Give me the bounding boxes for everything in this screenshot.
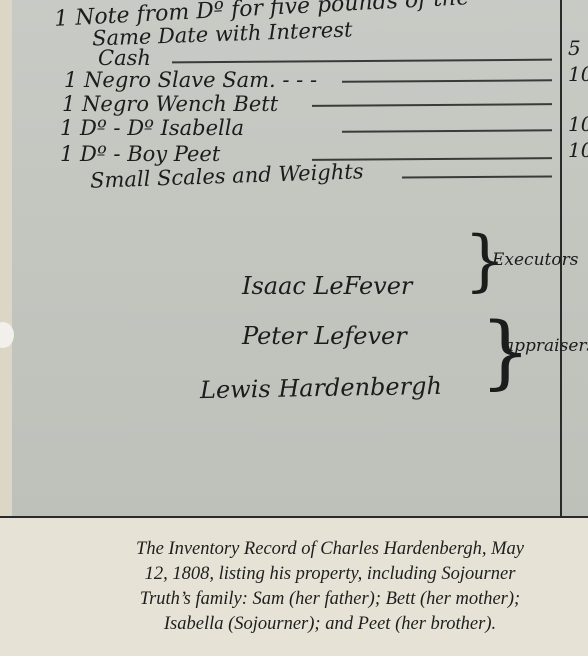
ledger-dash-line [342, 79, 552, 82]
figure-caption: The Inventory Record of Charles Hardenbe… [80, 537, 580, 637]
caption-line: Isabella (Sojourner); and Peet (her brot… [80, 612, 580, 637]
ledger-dash-line [172, 59, 552, 63]
caption-line: The Inventory Record of Charles Hardenbe… [80, 537, 580, 562]
inventory-line: 1 Negro Slave Sam. - - - [64, 68, 317, 92]
ledger-dash-line [402, 175, 552, 178]
ledger-dash-line [312, 103, 552, 106]
signature-peter-lefever: Peter Lefever [242, 322, 407, 350]
inventory-line: 1 Negro Wench Bett [62, 92, 278, 116]
value-cell: 10 [568, 62, 588, 86]
caption-line: 12, 1808, listing his property, includin… [80, 562, 580, 587]
caption-line: Truth’s family: Sam (her father); Bett (… [80, 587, 580, 612]
signature-isaac-lefever: Isaac LeFever [242, 272, 412, 300]
role-executors: Executors [492, 250, 578, 270]
value-cell: 10 [568, 138, 588, 162]
signature-lewis-hardenbergh: Lewis Hardenbergh [200, 372, 442, 404]
value-cell: 5 [568, 36, 581, 60]
value-cell: 10 [568, 112, 588, 136]
inventory-line: Cash [98, 46, 151, 70]
inventory-line: 1 Dº - Boy Peet [60, 142, 220, 166]
ledger-dash-line [342, 129, 552, 132]
inventory-document-photo: 1 Note from Dº for five pounds of the Sa… [12, 0, 588, 516]
caption-divider [0, 516, 588, 518]
inventory-line: 1 Dº - Dº Isabella [60, 116, 244, 140]
role-appraisers: appraisers [504, 336, 588, 356]
